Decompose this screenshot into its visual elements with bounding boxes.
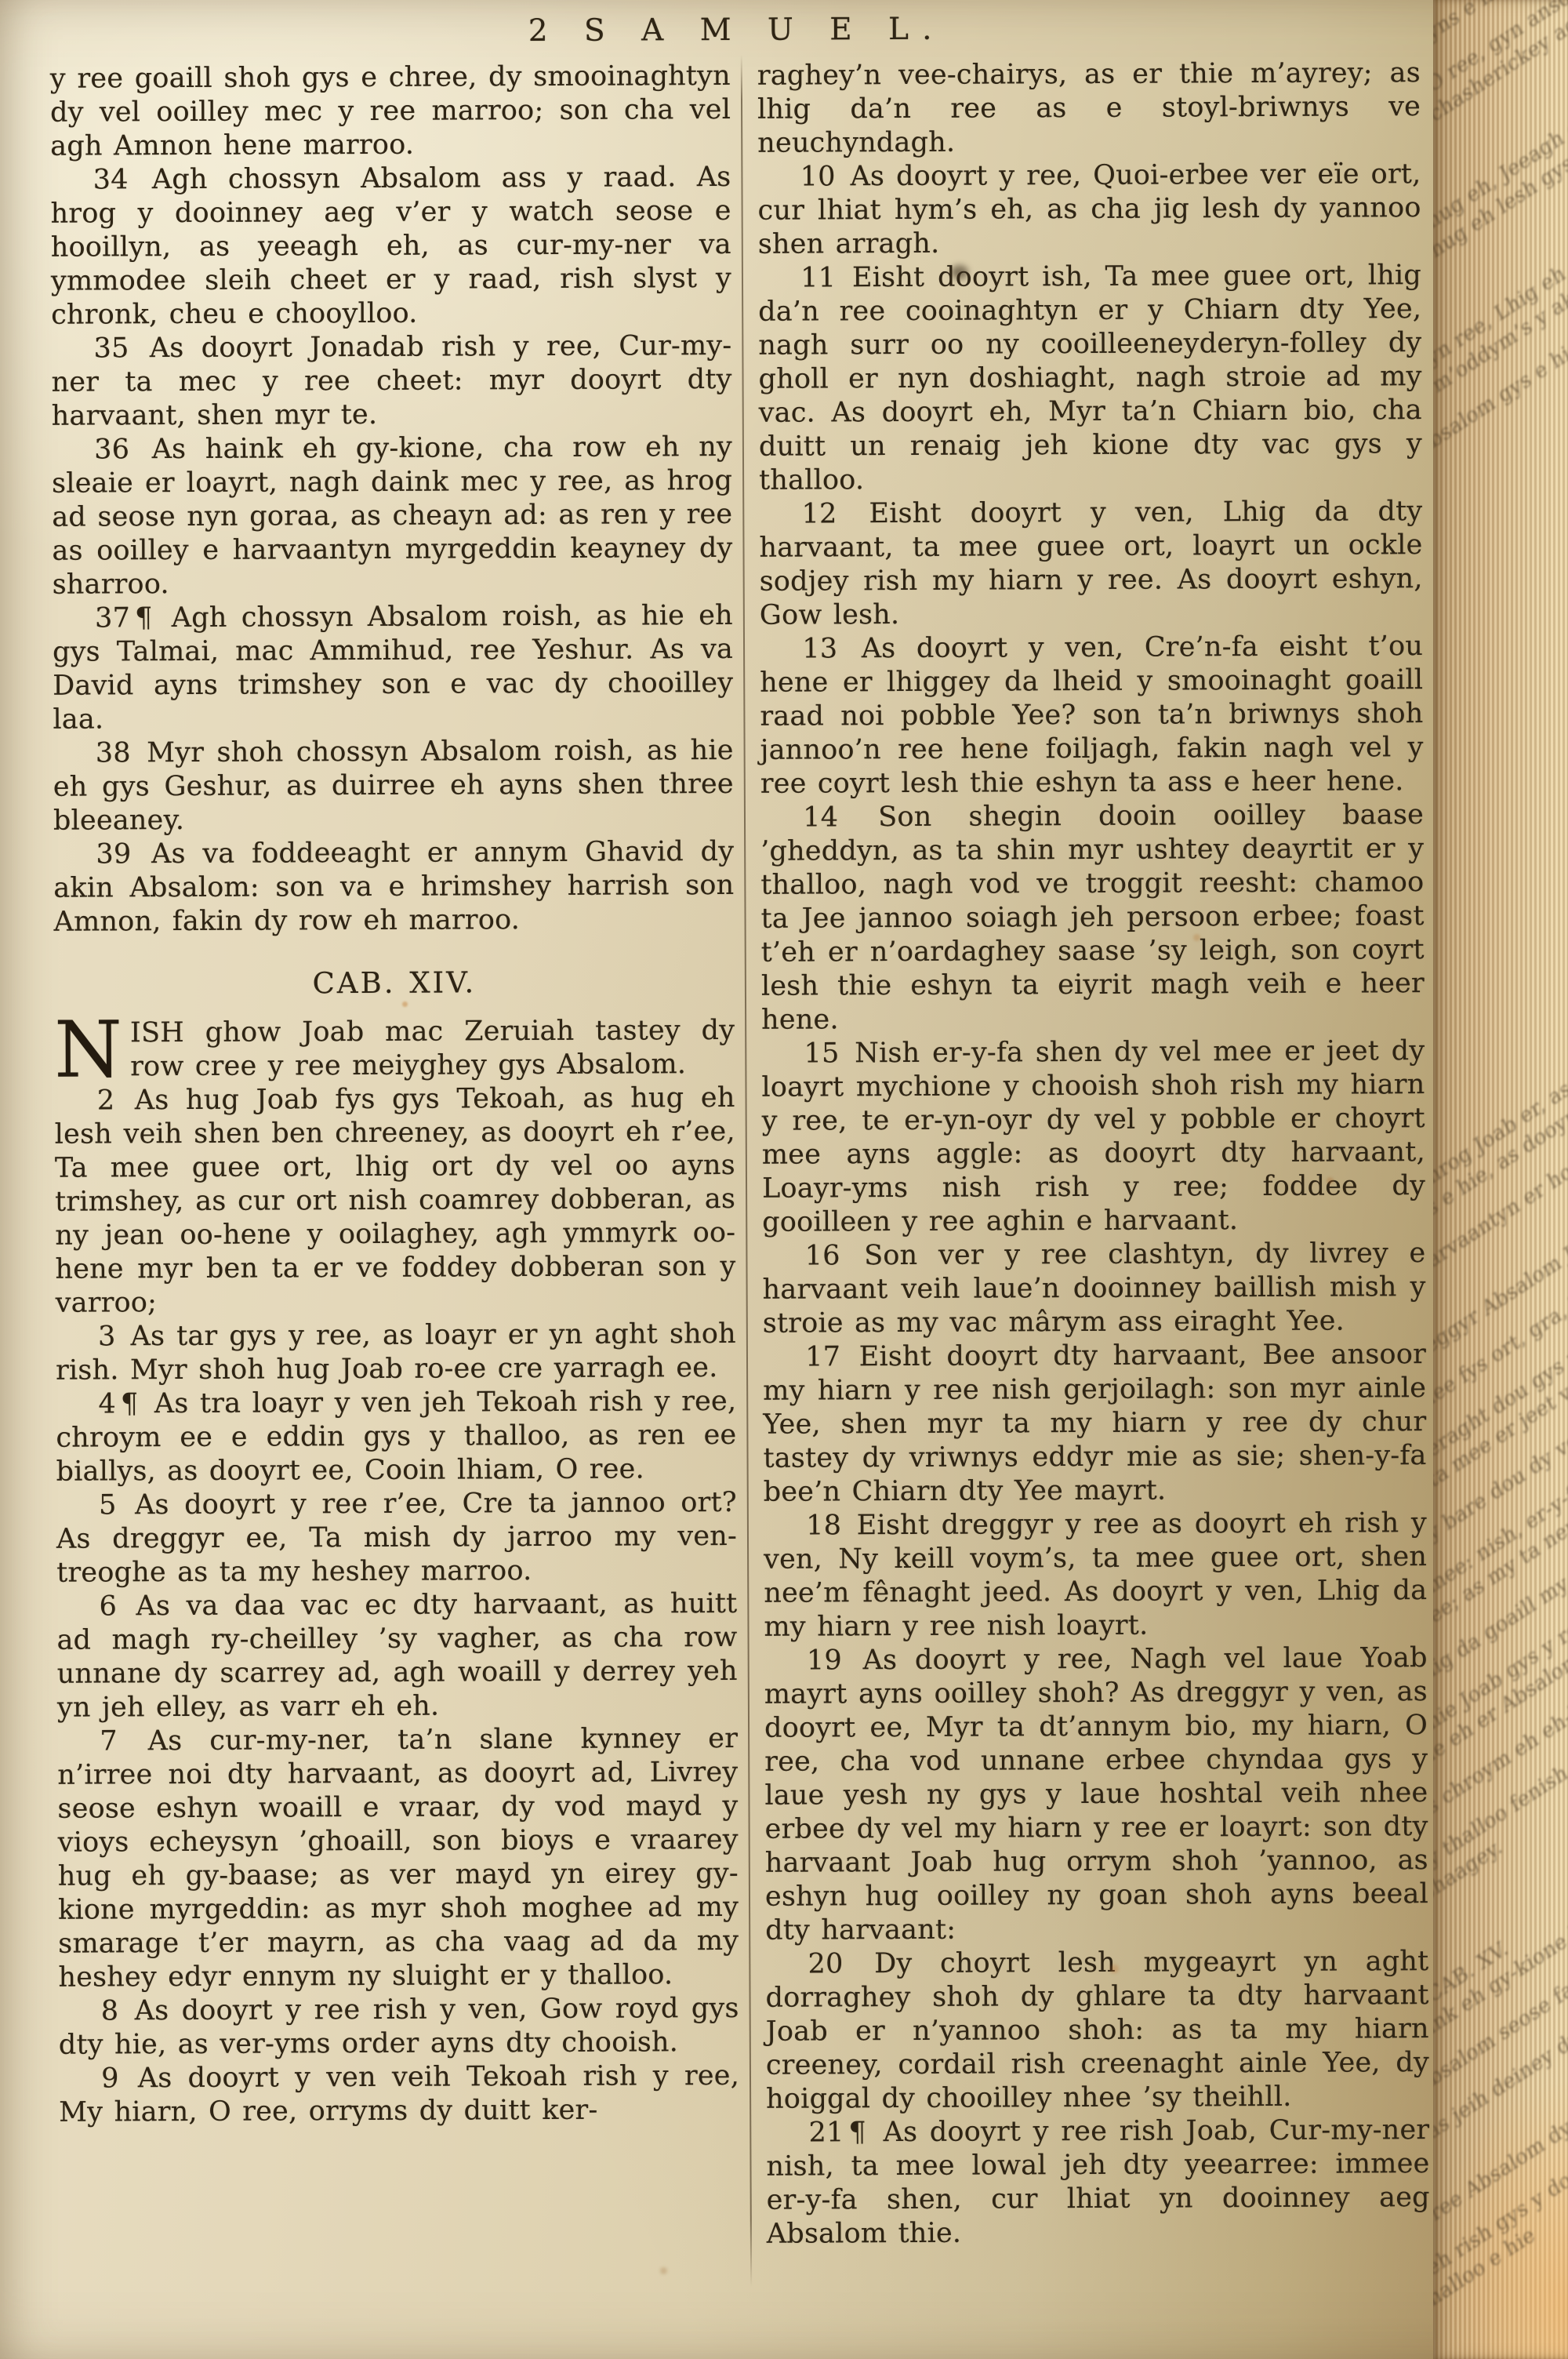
verse-paragraph: 10 As dooyrt y ree, Quoi-erbee ver eïe o… (757, 158, 1421, 262)
verse-paragraph: 36 As haink eh gy-kione, cha row eh ny s… (52, 431, 733, 602)
verse-number: 3 (98, 1321, 119, 1352)
verse-number: 16 (805, 1240, 844, 1271)
verse-paragraph: 20 Dy choyrt lesh mygeayrt yn aght dorra… (765, 1945, 1429, 2117)
verse-number: 7 (100, 1725, 121, 1757)
verse-paragraph: 16 Son ver y ree clashtyn, dy livrey e h… (762, 1237, 1426, 1341)
ink-smudge (951, 265, 968, 279)
drop-cap-initial: N (54, 1016, 130, 1081)
verse-number: 39 (96, 838, 134, 870)
verse-number: 5 (99, 1489, 120, 1521)
verse-number: 10 (800, 161, 839, 192)
left-column: y ree goaill shoh gys e chree, dy smooin… (50, 60, 739, 2130)
verse-continuation: y ree goaill shoh gys e chree, dy smooin… (50, 60, 731, 164)
verse-paragraph: 3 As tar gys y ree, as loayr er yn aght … (56, 1318, 736, 1388)
verse-number: 34 (93, 164, 132, 195)
verse-number: 8 (101, 1995, 122, 2026)
book-photo: 2 S A M U E L. y ree goaill shoh gys e c… (0, 0, 1568, 2359)
verse-number: 12 (801, 498, 840, 529)
verse-continuation: raghey’n vee-chairys, as er thie m’ayrey… (757, 56, 1421, 161)
verse-paragraph-dropcap: NISH ghow Joab mac Zeruiah tastey dy row… (54, 1014, 735, 1085)
verse-paragraph: 12 Eisht dooyrt y ven, Lhig da dty harva… (759, 495, 1423, 633)
verse-number: 2 (97, 1085, 118, 1116)
pilcrow-mark: ¶ (133, 602, 158, 634)
verse-number: 14 (803, 801, 841, 833)
verse-paragraph: 21¶ As dooyrt y ree rish Joab, Cur-my-ne… (766, 2114, 1430, 2252)
verse-paragraph: 7 As cur-my-ner, ta’n slane kynney er n’… (57, 1722, 739, 1995)
running-head: 2 S A M U E L. (52, 9, 1422, 51)
verse-number: 11 (800, 262, 839, 293)
verse-number: 21 (808, 2117, 847, 2148)
page: 2 S A M U E L. y ree goaill shoh gys e c… (0, 0, 1448, 2359)
verse-number: 6 (100, 1590, 121, 1622)
verse-number: 19 (807, 1645, 845, 1676)
verse-paragraph: 6 As va daa vac ec dty harvaant, as huit… (56, 1587, 738, 1725)
pilcrow-mark: ¶ (119, 1388, 143, 1419)
verse-paragraph: 2 As hug Joab fys gys Tekoah, as hug eh … (54, 1081, 735, 1321)
verse-paragraph: 9 As dooyrt y ven veih Tekoah rish y ree… (59, 2059, 739, 2130)
chapter-heading: CAB. XIV. (54, 965, 735, 1001)
verse-number: 15 (804, 1038, 842, 1069)
verse-paragraph: 17 Eisht dooyrt dty harvaant, Bee ansoor… (763, 1338, 1427, 1510)
verse-number: 35 (94, 333, 132, 364)
verse-number: 18 (806, 1510, 844, 1541)
verse-number: 9 (101, 2063, 122, 2094)
verse-number: 36 (94, 434, 132, 465)
verse-number: 20 (808, 1948, 847, 1979)
verse-paragraph: 39 As va foddeeaght er annym Ghavid dy a… (53, 835, 735, 940)
foxing-specks (402, 1001, 408, 1007)
verse-paragraph: 15 Nish er-y-fa shen dy vel mee er jeet … (761, 1034, 1425, 1240)
verse-number: 38 (96, 737, 134, 769)
column-divider (741, 55, 752, 2287)
verse-paragraph: 18 Eisht dreggyr y ree as dooyrt eh rish… (764, 1507, 1428, 1645)
verse-paragraph: 5 As dooyrt y ree r’ee, Cre ta jannoo or… (56, 1486, 738, 1590)
verse-number: 13 (802, 633, 840, 664)
pilcrow-mark: ¶ (847, 2117, 871, 2148)
verse-number: 4 (98, 1388, 119, 1419)
fore-edge-pages: da tastey eh jehayns e lhie asO ree, gyn… (1433, 0, 1568, 2359)
verse-paragraph: 13 As dooyrt y ven, Cre’n-fa eisht t’ou … (760, 630, 1424, 801)
verse-paragraph: 37¶ Agh chossyn Absalom roish, as hie eh… (53, 599, 734, 737)
verse-number: 37 (95, 602, 133, 634)
verse-paragraph: 19 As dooyrt y ree, Nagh vel laue Yoab m… (764, 1641, 1429, 1948)
verse-paragraph: 4¶ As tra loayr y ven jeh Tekoah rish y … (56, 1385, 737, 1489)
verse-paragraph: 34 Agh chossyn Absalom ass y raad. As hr… (50, 161, 731, 333)
drop-cap-smallcaps: ISH (130, 1017, 205, 1049)
verse-paragraph: 11 Eisht dooyrt ish, Ta mee guee ort, lh… (758, 259, 1422, 498)
verse-paragraph: 14 Son shegin dooin ooilley baase ’ghedd… (760, 798, 1425, 1038)
verse-paragraph: 35 As dooyrt Jonadab rish y ree, Cur-my-… (51, 329, 732, 434)
right-column: raghey’n vee-chairys, as er thie m’ayrey… (757, 56, 1430, 2252)
verse-paragraph: 38 Myr shoh chossyn Absalom roish, as hi… (53, 734, 735, 838)
verse-number: 17 (805, 1341, 844, 1372)
verse-paragraph: 8 As dooyrt y ree rish y ven, Gow royd g… (59, 1992, 739, 2063)
